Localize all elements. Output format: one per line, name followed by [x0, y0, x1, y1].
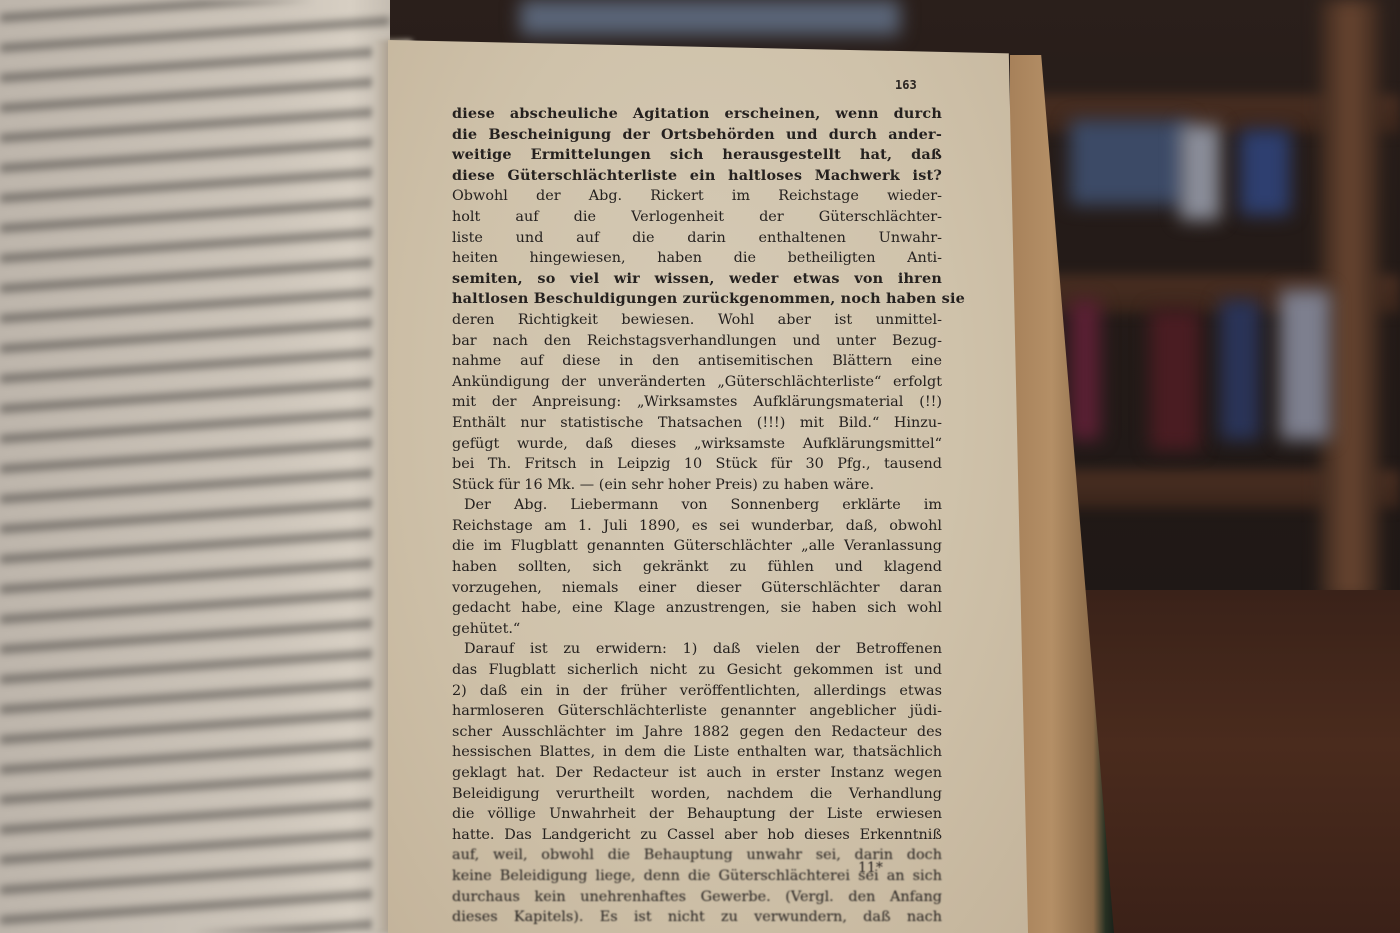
blurred-book	[1180, 125, 1220, 220]
text-line: Der Abg. Liebermann von Sonnenberg erklä…	[452, 495, 942, 516]
text-line: gefügt wurde, daß dieses „wirksamste Auf…	[452, 434, 942, 455]
text-line: haben sollten, sich gekränkt zu fühlen u…	[452, 557, 942, 578]
blurred-book	[1070, 120, 1190, 205]
text-line: Stück für 16 Mk. — (ein sehr hoher Preis…	[452, 475, 942, 496]
text-line: weitige Ermittelungen sich herausgestell…	[452, 145, 942, 166]
text-line: die im Flugblatt genannten Güterschlächt…	[452, 536, 942, 557]
text-line: gedacht habe, eine Klage anzustrengen, s…	[452, 598, 942, 619]
text-line: geklagt hat. Der Redacteur ist auch in e…	[452, 763, 942, 784]
text-line: scher Ausschlächter im Jahre 1882 gegen …	[452, 722, 942, 743]
text-line: die völlige Unwahrheit der Behauptung de…	[452, 804, 942, 825]
blurred-book	[1150, 310, 1200, 450]
text-line: bei Th. Fritsch in Leipzig 10 Stück für …	[452, 454, 942, 475]
text-line: heiten hingewiesen, haben die betheiligt…	[452, 248, 942, 269]
text-line: durchaus kein unehrenhaftes Gewerbe. (Ve…	[452, 887, 942, 908]
text-line: das Flugblatt sicherlich nicht zu Gesich…	[452, 660, 942, 681]
text-line: hatte. Das Landgericht zu Cassel aber ho…	[452, 825, 942, 846]
text-line: Enthält nur statistische Thatsachen (!!!…	[452, 413, 942, 434]
text-line: deren Richtigkeit bewiesen. Wohl aber is…	[452, 310, 942, 331]
text-line: nahme auf diese in den antisemitischen B…	[452, 351, 942, 372]
text-line: Reichstage am 1. Juli 1890, es sei wunde…	[452, 516, 942, 537]
text-line: hessischen Blattes, in dem die Liste ent…	[452, 742, 942, 763]
text-line: gehütet.“	[452, 619, 942, 640]
blurred-book	[1240, 130, 1290, 215]
left-page-blurred-text	[0, 0, 390, 933]
text-line: holt auf die Verlogenheit der Güterschlä…	[452, 207, 942, 228]
blurred-book	[520, 0, 900, 35]
page-text: diese abscheuliche Agitation erscheinen,…	[452, 104, 942, 928]
text-line: dieses Kapitels). Es ist nicht zu verwun…	[452, 907, 942, 928]
text-line: semiten, so viel wir wissen, weder etwas…	[452, 269, 942, 290]
text-line: Ankündigung der unveränderten „Güterschl…	[452, 372, 942, 393]
text-line: Obwohl der Abg. Rickert im Reichstage wi…	[452, 186, 942, 207]
text-line: Beleidigung verurtheilt worden, nachdem …	[452, 784, 942, 805]
text-line: diese Güterschlächterliste ein haltloses…	[452, 166, 942, 187]
text-line: die Bescheinigung der Ortsbehörden und d…	[452, 125, 942, 146]
text-line: diese abscheuliche Agitation erscheinen,…	[452, 104, 942, 125]
left-page	[0, 0, 390, 933]
signature-mark: 11*	[858, 860, 883, 876]
page-number: 163	[895, 78, 917, 92]
text-line: 2) daß ein in der früher veröffentlichte…	[452, 681, 942, 702]
blurred-book	[1220, 300, 1260, 440]
text-line: vorzugehen, niemals einer dieser Gütersc…	[452, 578, 942, 599]
text-line: liste und auf die darin enthaltenen Unwa…	[452, 228, 942, 249]
blurred-book	[1280, 290, 1330, 440]
text-line: mit der Anpreisung: „Wirksamstes Aufklär…	[452, 392, 942, 413]
text-line: Darauf ist zu erwidern: 1) daß vielen de…	[452, 639, 942, 660]
text-line: bar nach den Reichstagsverhandlungen und…	[452, 331, 942, 352]
blurred-book	[1070, 300, 1100, 440]
text-line: harmloseren Güterschlächterliste genannt…	[452, 701, 942, 722]
text-line: haltlosen Beschuldigungen zurückgenommen…	[452, 289, 942, 310]
